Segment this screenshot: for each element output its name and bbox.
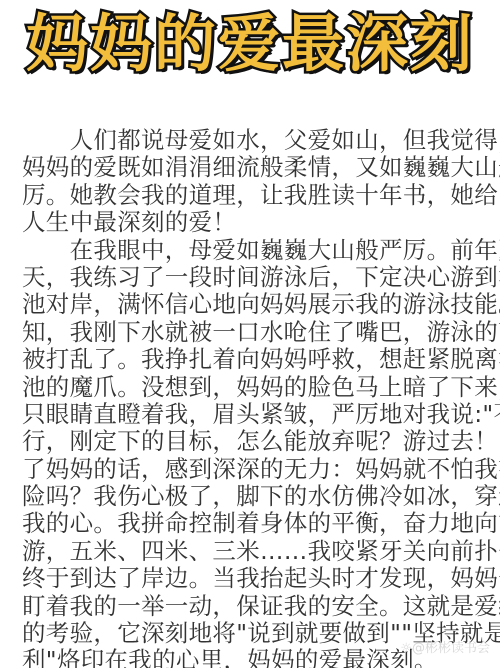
body-line: 天，我练习了一段时间游泳后，下定决心游到游泳 — [22, 264, 484, 291]
body-line: 在我眼中，母爱如巍巍大山般严厉。前年夏 — [22, 237, 484, 264]
watermark: ☼@彬彬读书会 — [400, 637, 490, 656]
article-title: 妈妈的爱最深刻 — [0, 6, 500, 82]
body-line: 妈妈的爱既如涓涓细流般柔情，又如巍巍大山般严 — [22, 154, 484, 181]
body-line: 了妈妈的话，感到深深的无力：妈妈就不怕我有危 — [22, 456, 484, 483]
body-line: 人生中最深刻的爱！ — [22, 209, 484, 236]
article-body: 人们都说母爱如水，父爱如山，但我觉得，我 妈妈的爱既如涓涓细流般柔情，又如巍巍大… — [22, 127, 484, 668]
body-line: 游，五米、四米、三米……我咬紧牙关向前扑去， — [22, 538, 484, 565]
body-line: 被打乱了。我挣扎着向妈妈呼救，想赶紧脱离游泳 — [22, 346, 484, 373]
body-line: 只眼睛直瞪着我，眉头紧皱，严厉地对我说:"不 — [22, 401, 484, 428]
body-line: 人们都说母爱如水，父爱如山，但我觉得，我 — [22, 127, 484, 154]
body-line: 知，我刚下水就被一口水呛住了嘴巴，游泳的节奏 — [22, 319, 484, 346]
body-line: 盯着我的一举一动，保证我的安全。这就是爱给予 — [22, 593, 484, 620]
body-line: 池对岸，满怀信心地向妈妈展示我的游泳技能。谁 — [22, 291, 484, 318]
body-line: 池的魔爪。没想到，妈妈的脸色马上暗了下来，两 — [22, 374, 484, 401]
body-line: 终于到达了岸边。当我抬起头时才发现，妈妈一直 — [22, 565, 484, 592]
body-line: 厉。她教会我的道理，让我胜读十年书，她给了我 — [22, 182, 484, 209]
body-line: 我的心。我拼命控制着身体的平衡，奋力地向前 — [22, 510, 484, 537]
body-line: 险吗？我伤心极了，脚下的水仿佛冷如冰，穿透了 — [22, 483, 484, 510]
body-line: 行，刚定下的目标，怎么能放弃呢？游过去！"我听 — [22, 428, 484, 455]
